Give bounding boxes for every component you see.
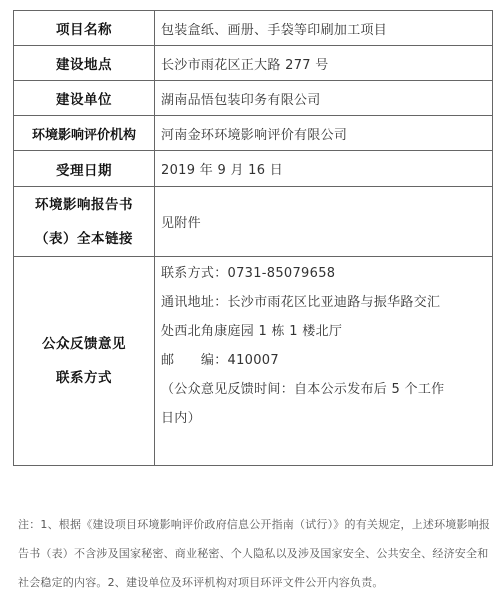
row-label-accept-date: 受理日期 [14, 151, 155, 187]
row-value-builder: 湖南品悟包装印务有限公司 [155, 81, 493, 116]
feedback-period-line2: 日内） [161, 404, 492, 433]
label-line: 环境影响报告书 [14, 188, 154, 222]
row-label-location: 建设地点 [14, 46, 155, 81]
table-row: 建设单位 湖南品悟包装印务有限公司 [14, 81, 493, 116]
table-row: 环境影响报告书 （表）全本链接 见附件 [14, 187, 493, 257]
contact-address-line2: 处西北角康庭园 1 栋 1 楼北厅 [161, 317, 492, 346]
row-value-project-name: 包装盒纸、画册、手袋等印刷加工项目 [155, 11, 493, 46]
project-info-table: 项目名称 包装盒纸、画册、手袋等印刷加工项目 建设地点 长沙市雨花区正大路 27… [13, 10, 493, 466]
row-label-builder: 建设单位 [14, 81, 155, 116]
footnote: 注：1、根据《建设项目环境影响评价政府信息公开指南（试行）》的有关规定，上述环境… [18, 510, 493, 597]
row-value-accept-date: 2019 年 9 月 16 日 [155, 151, 493, 187]
row-label-eia-agency: 环境影响评价机构 [14, 116, 155, 151]
row-value-location: 长沙市雨花区正大路 277 号 [155, 46, 493, 81]
contact-address-line1: 通讯地址：长沙市雨花区比亚迪路与振华路交汇 [161, 288, 492, 317]
contact-phone: 联系方式：0731-85079658 [161, 259, 492, 288]
table-row: 公众反馈意见 联系方式 联系方式：0731-85079658 通讯地址：长沙市雨… [14, 257, 493, 466]
table-row: 受理日期 2019 年 9 月 16 日 [14, 151, 493, 187]
row-value-eia-agency: 河南金环环境影响评价有限公司 [155, 116, 493, 151]
feedback-period-line1: （公众意见反馈时间：自本公示发布后 5 个工作 [161, 375, 492, 404]
table-row: 环境影响评价机构 河南金环环境影响评价有限公司 [14, 116, 493, 151]
row-label-project-name: 项目名称 [14, 11, 155, 46]
label-line: （表）全本链接 [14, 222, 154, 256]
row-value-feedback-contact: 联系方式：0731-85079658 通讯地址：长沙市雨花区比亚迪路与振华路交汇… [155, 257, 493, 466]
label-line: 公众反馈意见 [14, 327, 154, 361]
table-row: 建设地点 长沙市雨花区正大路 277 号 [14, 46, 493, 81]
label-line: 联系方式 [14, 361, 154, 395]
contact-postcode: 邮 编：410007 [161, 346, 492, 375]
row-label-feedback-contact: 公众反馈意见 联系方式 [14, 257, 155, 466]
table-row: 项目名称 包装盒纸、画册、手袋等印刷加工项目 [14, 11, 493, 46]
row-label-report-link: 环境影响报告书 （表）全本链接 [14, 187, 155, 257]
row-value-report-link[interactable]: 见附件 [155, 187, 493, 257]
